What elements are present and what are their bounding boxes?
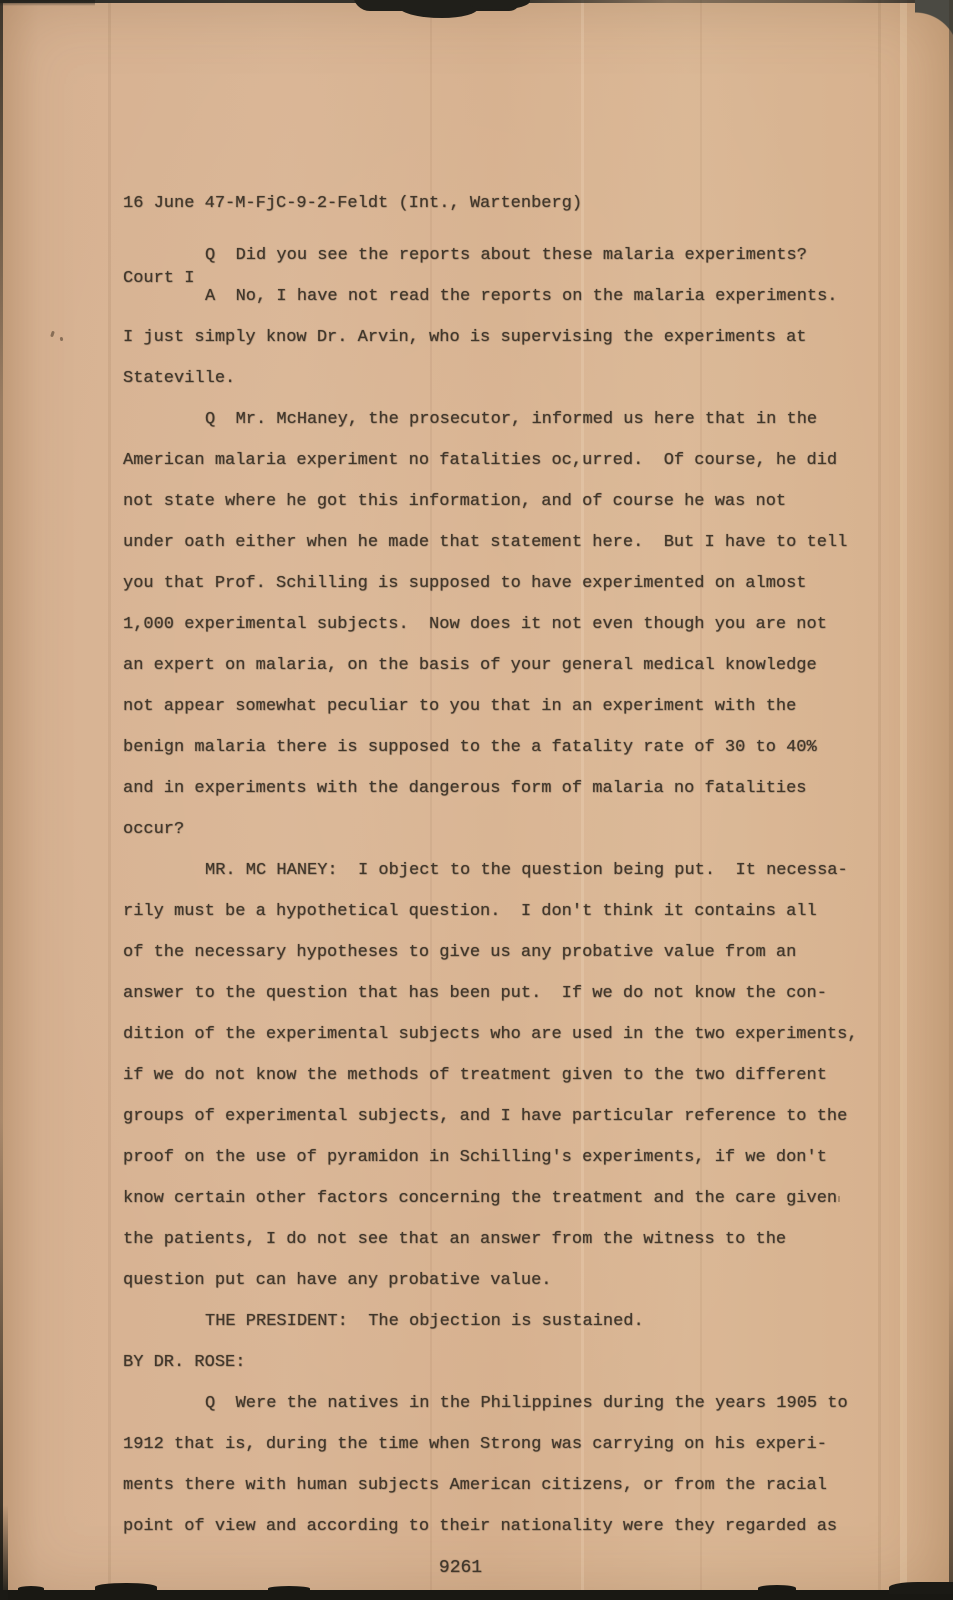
transcript-line: American malaria experiment no fatalitie… bbox=[123, 440, 871, 481]
transcript-line: occur? bbox=[123, 809, 871, 850]
transcript-line: 1912 that is, during the time when Stron… bbox=[123, 1424, 871, 1465]
transcript-line: answer to the question that has been put… bbox=[123, 973, 871, 1014]
transcript-line: Q Did you see the reports about these ma… bbox=[123, 235, 871, 276]
transcript-line: A No, I have not read the reports on the… bbox=[123, 276, 871, 317]
transcript-line: MR. MC HANEY: I object to the question b… bbox=[123, 850, 871, 891]
transcript-line: under oath either when he made that stat… bbox=[123, 522, 871, 563]
transcript-line: not state where he got this information,… bbox=[123, 481, 871, 522]
scan-artifact-left-edge bbox=[0, 0, 3, 1600]
page-number: 9261 bbox=[0, 1548, 937, 1589]
scan-artifact-right-edge bbox=[949, 0, 953, 1600]
transcript-line: I just simply know Dr. Arvin, who is sup… bbox=[123, 317, 871, 358]
paper-crease bbox=[878, 0, 881, 1600]
transcript-line: point of view and according to their nat… bbox=[123, 1506, 871, 1547]
transcript-line: you that Prof. Schilling is supposed to … bbox=[123, 563, 871, 604]
transcript-line: and in experiments with the dangerous fo… bbox=[123, 768, 871, 809]
transcript-line: if we do not know the methods of treatme… bbox=[123, 1055, 871, 1096]
transcript-line: ments there with human subjects American… bbox=[123, 1465, 871, 1506]
scan-artifact-bottom-edge bbox=[0, 1590, 953, 1600]
scanned-transcript-page: 16 June 47-M-FjC-9-2-Feldt (Int., Warten… bbox=[0, 0, 953, 1600]
transcript-line: dition of the experimental subjects who … bbox=[123, 1014, 871, 1055]
transcript-line: groups of experimental subjects, and I h… bbox=[123, 1096, 871, 1137]
scan-artifact-ink-blob bbox=[398, 0, 478, 18]
paper-crease bbox=[108, 0, 111, 1600]
transcript-line: benign malaria there is supposed to the … bbox=[123, 727, 871, 768]
transcript-line: know certain other factors concerning th… bbox=[123, 1178, 871, 1219]
header-citation-line: 16 June 47-M-FjC-9-2-Feldt (Int., Warten… bbox=[123, 191, 582, 216]
scan-artifact-torn-corner bbox=[915, 0, 953, 56]
paper-crease bbox=[900, 0, 907, 1600]
transcript-line: 1,000 experimental subjects. Now does it… bbox=[123, 604, 871, 645]
transcript-line: Stateville. bbox=[123, 358, 871, 399]
transcript-line: Q Were the natives in the Philippines du… bbox=[123, 1383, 871, 1424]
transcript-line: THE PRESIDENT: The objection is sustaine… bbox=[123, 1301, 871, 1342]
transcript-line: not appear somewhat peculiar to you that… bbox=[123, 686, 871, 727]
transcript-line: question put can have any probative valu… bbox=[123, 1260, 871, 1301]
scan-artifact-ink-blob bbox=[470, 0, 530, 10]
transcript-line: of the necessary hypotheses to give us a… bbox=[123, 932, 871, 973]
transcript-line: proof on the use of pyramidon in Schilli… bbox=[123, 1137, 871, 1178]
transcript-line: an expert on malaria, on the basis of yo… bbox=[123, 645, 871, 686]
transcript-line: rily must be a hypothetical question. I … bbox=[123, 891, 871, 932]
scan-artifact-top-left bbox=[0, 0, 95, 6]
paper-speck bbox=[60, 337, 64, 341]
transcript-line: BY DR. ROSE: bbox=[123, 1342, 871, 1383]
transcript-line: the patients, I do not see that an answe… bbox=[123, 1219, 871, 1260]
paper-speck bbox=[50, 331, 55, 338]
transcript-body: Q Did you see the reports about these ma… bbox=[123, 235, 871, 1547]
transcript-line: Q Mr. McHaney, the prosecutor, informed … bbox=[123, 399, 871, 440]
